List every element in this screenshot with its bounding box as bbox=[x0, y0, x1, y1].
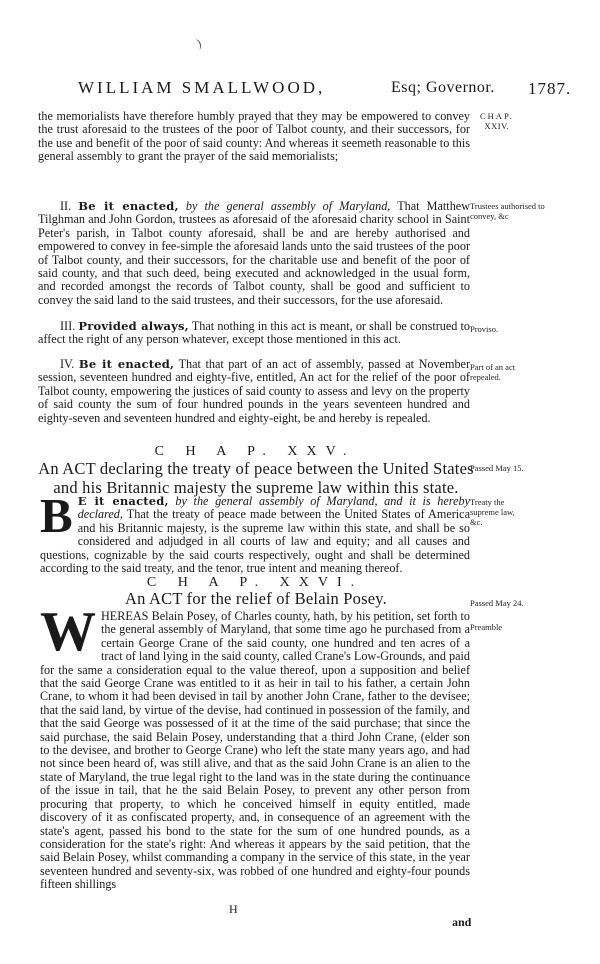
margin-chap-number: XXIV. bbox=[480, 121, 514, 131]
running-header: WILLIAM SMALLWOOD, Esq; Governor. 1787. bbox=[78, 78, 558, 102]
chap-xxv-paragraph: E it enacted, by the general assembly of… bbox=[40, 495, 470, 575]
memorialists-paragraph: the memorialists have therefore humbly p… bbox=[38, 110, 470, 164]
chap-xxvi-paragraph: HEREAS Belain Posey, of Charles county, … bbox=[40, 610, 470, 892]
chap-xxv-lead: E it enacted, bbox=[78, 494, 169, 508]
chap-xxvi-whereas: HEREAS bbox=[101, 609, 148, 623]
section-iv-lead: Be it enacted, bbox=[79, 357, 174, 371]
header-year: 1787. bbox=[528, 79, 571, 99]
header-governor-name: WILLIAM SMALLWOOD, bbox=[78, 78, 325, 98]
section-iii: III. Provided always, That nothing in th… bbox=[38, 320, 470, 347]
header-title: Esq; Governor. bbox=[391, 79, 495, 97]
section-ii-lead: Be it enacted, bbox=[78, 199, 178, 213]
section-ii: II. Be it enacted, by the general assemb… bbox=[38, 200, 470, 307]
section-ii-italic: by the general assembly of Maryland, bbox=[186, 199, 390, 213]
chap-xxvi-body: W HEREAS Belain Posey, of Charles county… bbox=[40, 610, 470, 892]
chap-xxv-title-line1: An ACT declaring the treaty of peace bet… bbox=[36, 459, 476, 478]
section-iii-number: III. bbox=[60, 319, 75, 333]
section-iv-number: IV. bbox=[60, 357, 74, 371]
margin-chap-word: CHAP. bbox=[480, 111, 514, 121]
chap-xxv-title: An ACT declaring the treaty of peace bet… bbox=[36, 459, 476, 497]
margin-note-proviso: Proviso. bbox=[470, 324, 545, 334]
margin-note-passed-may-24: Passed May 24. bbox=[470, 598, 525, 608]
margin-note-passed-may-15: Passed May 15. bbox=[470, 463, 525, 473]
margin-note-trustees: Trustees authorised to convey, &c bbox=[470, 201, 545, 221]
signature-mark: H bbox=[229, 902, 238, 917]
margin-note-treaty: Treaty the supreme law, &c. bbox=[470, 497, 525, 527]
dropcap-b: B bbox=[40, 496, 73, 536]
section-iv: IV. Be it enacted, That that part of an … bbox=[38, 358, 470, 425]
dropcap-w: W bbox=[40, 611, 96, 653]
section-ii-number: II. bbox=[60, 199, 71, 213]
chap-xxvi-title: An ACT for the relief of Belain Posey. bbox=[36, 589, 476, 608]
section-ii-text: That Matthew Tilghman and John Gordon, t… bbox=[38, 199, 470, 307]
margin-note-preamble: Preamble bbox=[470, 622, 545, 632]
margin-chap-label: CHAP. XXIV. bbox=[480, 111, 514, 131]
chap-xxv-body: B E it enacted, by the general assembly … bbox=[40, 495, 470, 575]
margin-note-repealed: Part of an act repealed. bbox=[470, 362, 530, 382]
chap-xxvi-text: Belain Posey, of Charles county, hath, b… bbox=[40, 609, 470, 891]
section-iii-lead: Provided always, bbox=[78, 319, 188, 333]
chap-xxiv-continuation: the memorialists have therefore humbly p… bbox=[38, 110, 470, 164]
chap-xxv-heading: C H A P. XXV. bbox=[40, 444, 470, 460]
stray-ink-mark: ) bbox=[195, 36, 204, 51]
section-ii-paragraph: II. Be it enacted, by the general assemb… bbox=[38, 200, 470, 307]
section-iii-paragraph: III. Provided always, That nothing in th… bbox=[38, 320, 470, 347]
section-iv-paragraph: IV. Be it enacted, That that part of an … bbox=[38, 358, 470, 425]
catchword: and bbox=[452, 915, 471, 930]
